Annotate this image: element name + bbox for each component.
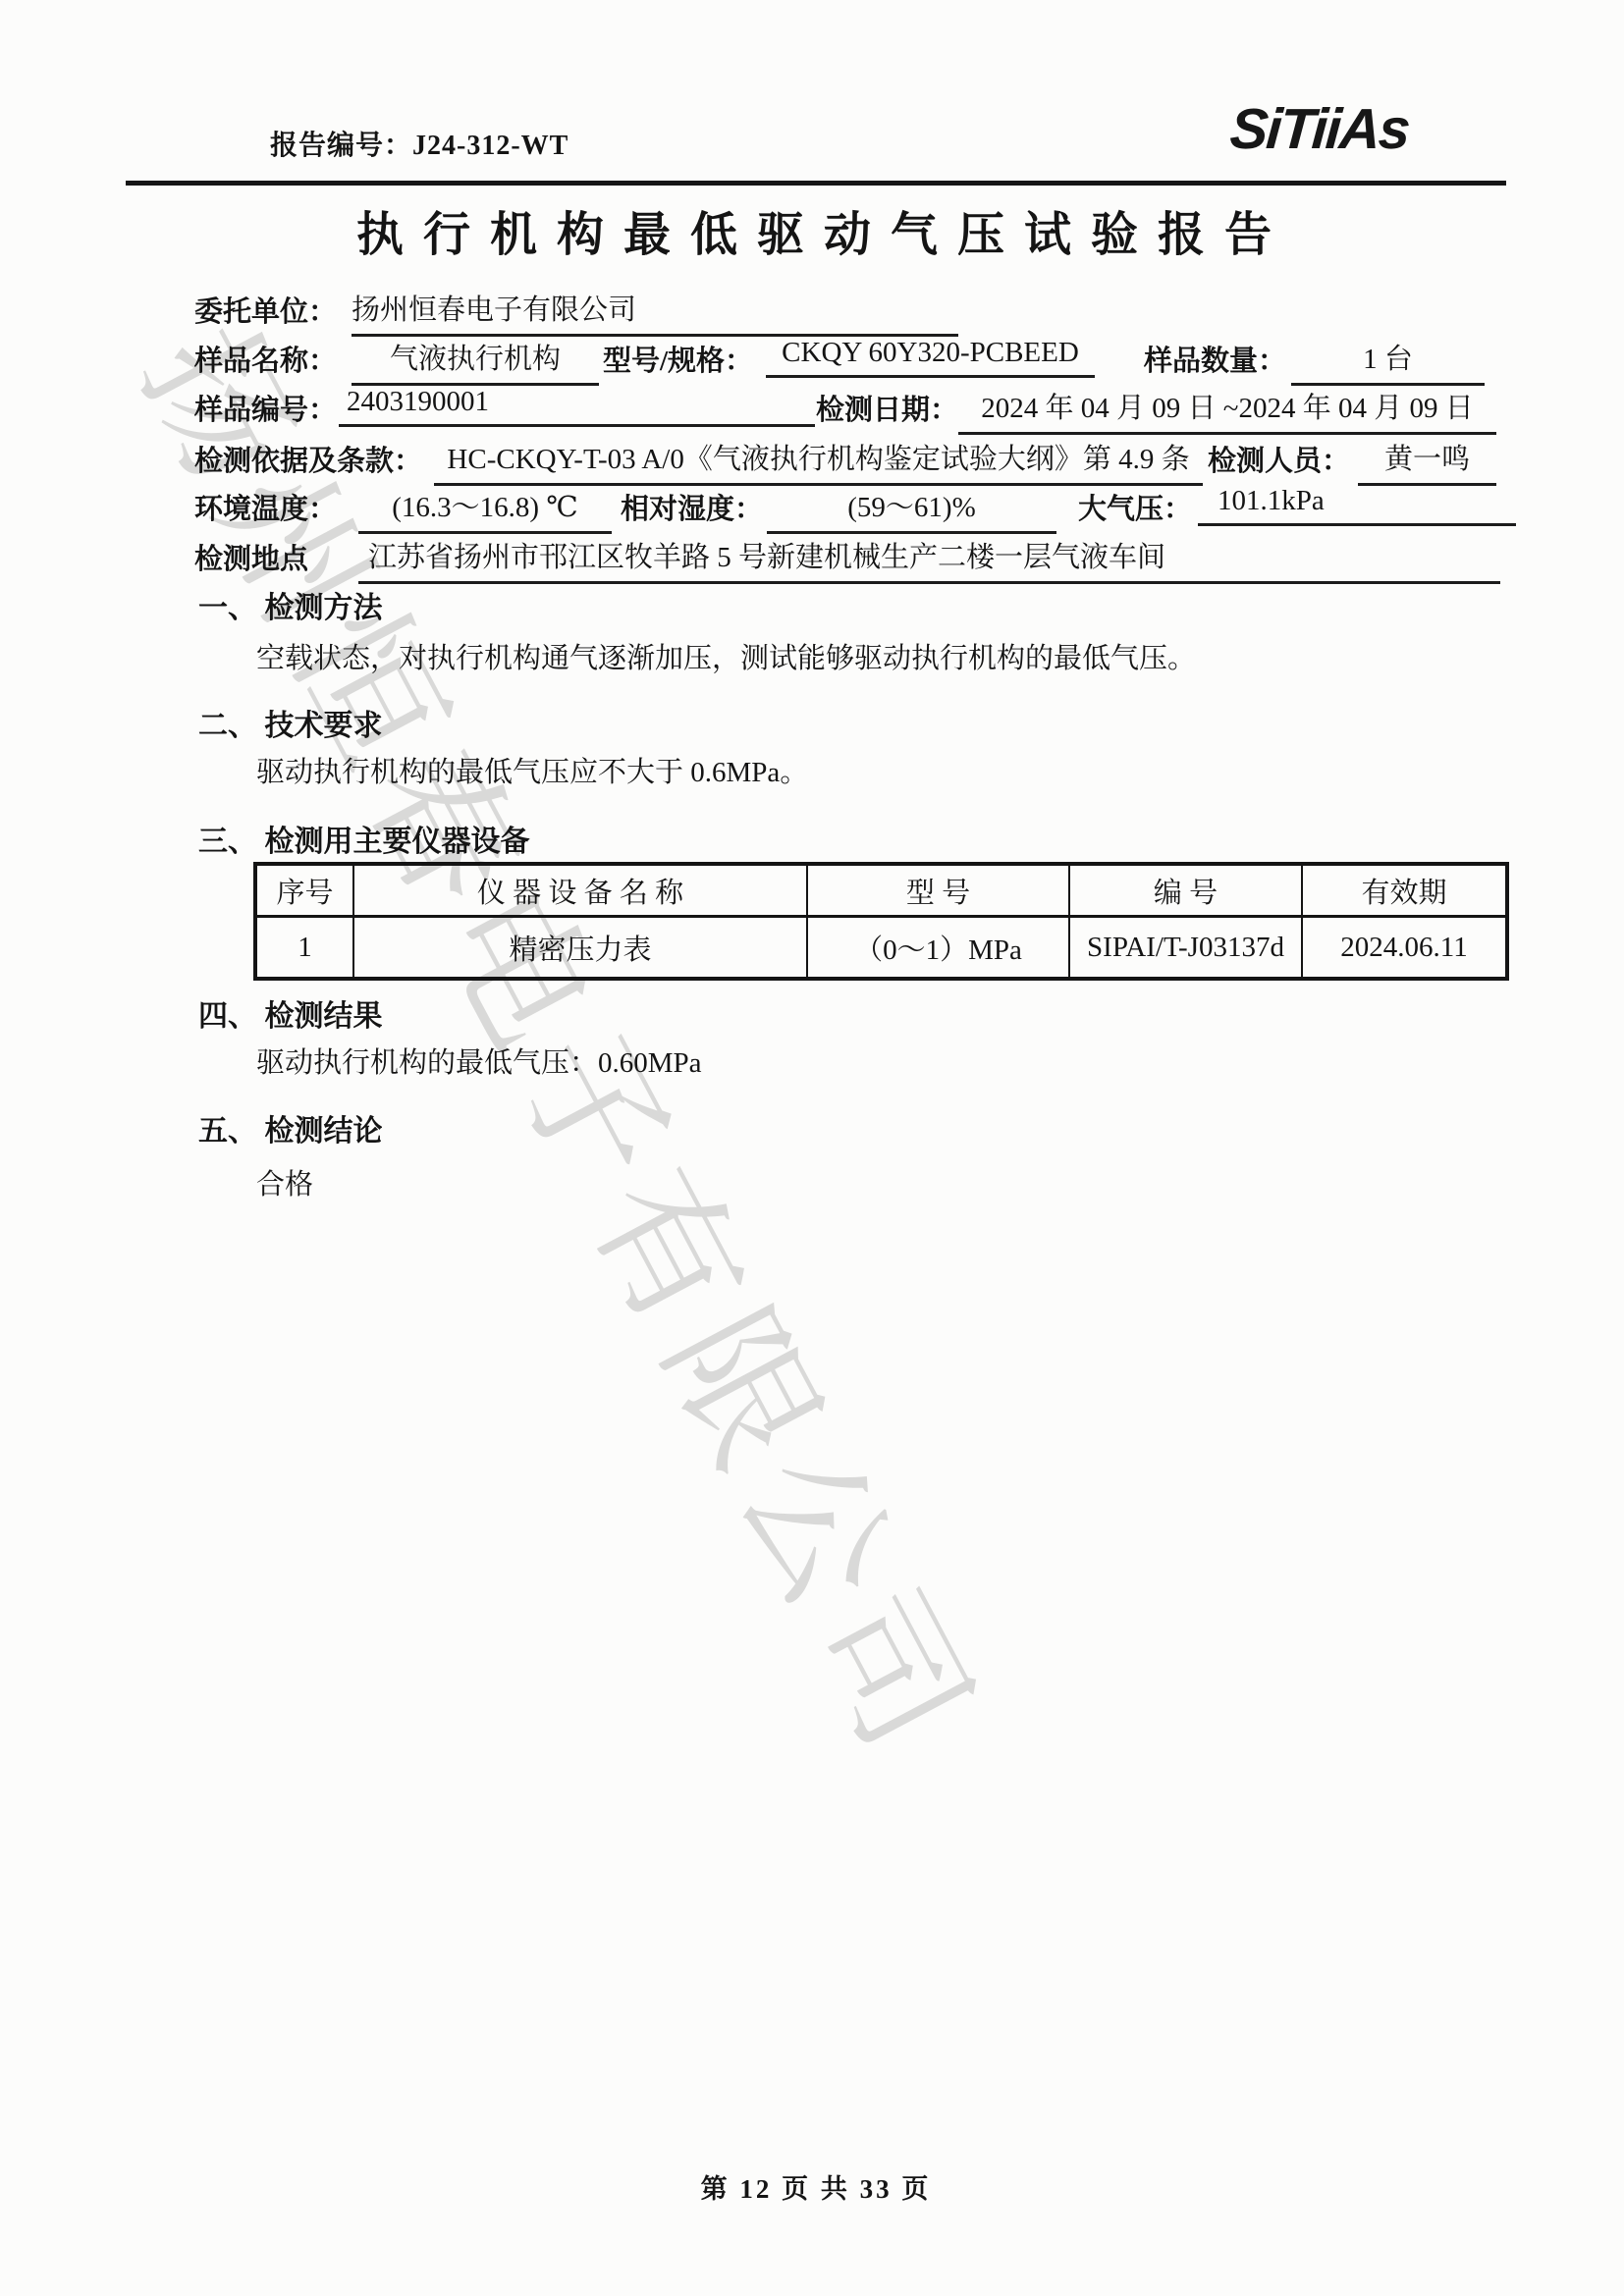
instruments-table-row: 1 精密压力表 （0～1）MPa SIPAI/T-J03137d 2024.06… [255,917,1507,980]
col-header-model: 型 号 [807,864,1069,917]
location-value: 江苏省扬州市邗江区牧羊路 5 号新建机械生产二楼一层气液车间 [358,535,1500,584]
section-2-heading: 二、 技术要求 [198,701,383,744]
sample-no-value: 2403190001 [339,386,815,427]
section-5-body: 合格 [256,1162,313,1202]
scanned-test-report-page: 扬州恒春电子有限公司 报告编号：J24-312-WT SiTiiAs 执 行 机… [0,0,1624,2296]
col-header-instrument-name: 仪 器 设 备 名 称 [353,864,807,917]
cell-index: 1 [255,917,353,980]
section-4-heading: 四、 检测结果 [198,991,383,1035]
section-3-heading: 三、 检测用主要仪器设备 [198,817,530,860]
sitiias-logo: SiTiiAs [1228,96,1411,162]
header-rule [126,181,1506,186]
tester-label: 检测人员： [1208,439,1350,479]
sample-name-label: 样品名称： [194,339,337,379]
instruments-table-header-row: 序号 仪 器 设 备 名 称 型 号 编 号 有效期 [255,864,1507,917]
col-header-index: 序号 [255,864,353,917]
location-label: 检测地点 [194,537,308,577]
cell-instrument-name: 精密压力表 [353,917,807,980]
section-4-body: 驱动执行机构的最低气压：0.60MPa [256,1041,702,1081]
basis-label: 检测依据及条款： [194,439,422,479]
section-5-heading: 五、 检测结论 [198,1106,383,1149]
section-1-body: 空载状态，对执行机构通气逐渐加压，测试能够驱动执行机构的最低气压。 [256,636,1196,676]
quantity-label: 样品数量： [1144,339,1286,379]
report-number-label: 报告编号： [270,131,412,161]
instruments-table: 序号 仪 器 设 备 名 称 型 号 编 号 有效期 1 精密压力表 （0～1）… [253,862,1509,981]
pressure-value: 101.1kPa [1198,485,1516,526]
humidity-label: 相对湿度： [621,487,763,527]
temperature-label: 环境温度： [194,487,337,527]
basis-value: HC-CKQY-T-03 A/0《气液执行机构鉴定试验大纲》第 4.9 条 [434,437,1203,486]
tester-value: 黄一鸣 [1358,437,1496,486]
client-value: 扬州恒春电子有限公司 [352,288,958,337]
section-1-heading: 一、 检测方法 [198,583,383,626]
client-label: 委托单位： [194,290,337,330]
cell-validity: 2024.06.11 [1302,917,1507,980]
model-label: 型号/规格： [603,339,753,379]
humidity-value: (59～61)% [767,485,1056,534]
quantity-value: 1 台 [1291,337,1485,386]
temperature-value: (16.3～16.8) ℃ [358,485,612,534]
page-footer: 第 12 页 共 33 页 [126,2167,1506,2206]
sample-name-value: 气液执行机构 [352,337,599,386]
col-header-serial: 编 号 [1069,864,1302,917]
col-header-validity: 有效期 [1302,864,1507,917]
model-value: CKQY 60Y320-PCBEED [766,337,1095,378]
pressure-label: 大气压： [1078,487,1192,527]
sample-no-label: 样品编号： [194,388,337,428]
report-title: 执 行 机 构 最 低 驱 动 气 压 试 验 报 告 [126,196,1506,264]
cell-model: （0～1）MPa [807,917,1069,980]
test-date-label: 检测日期： [816,388,958,428]
test-date-value: 2024 年 04 月 09 日 ~2024 年 04 月 09 日 [958,386,1496,435]
section-2-body: 驱动执行机构的最低气压应不大于 0.6MPa。 [256,750,808,790]
report-number: 报告编号：J24-312-WT [270,124,568,163]
cell-serial: SIPAI/T-J03137d [1069,917,1302,980]
report-number-value: J24-312-WT [412,131,568,161]
